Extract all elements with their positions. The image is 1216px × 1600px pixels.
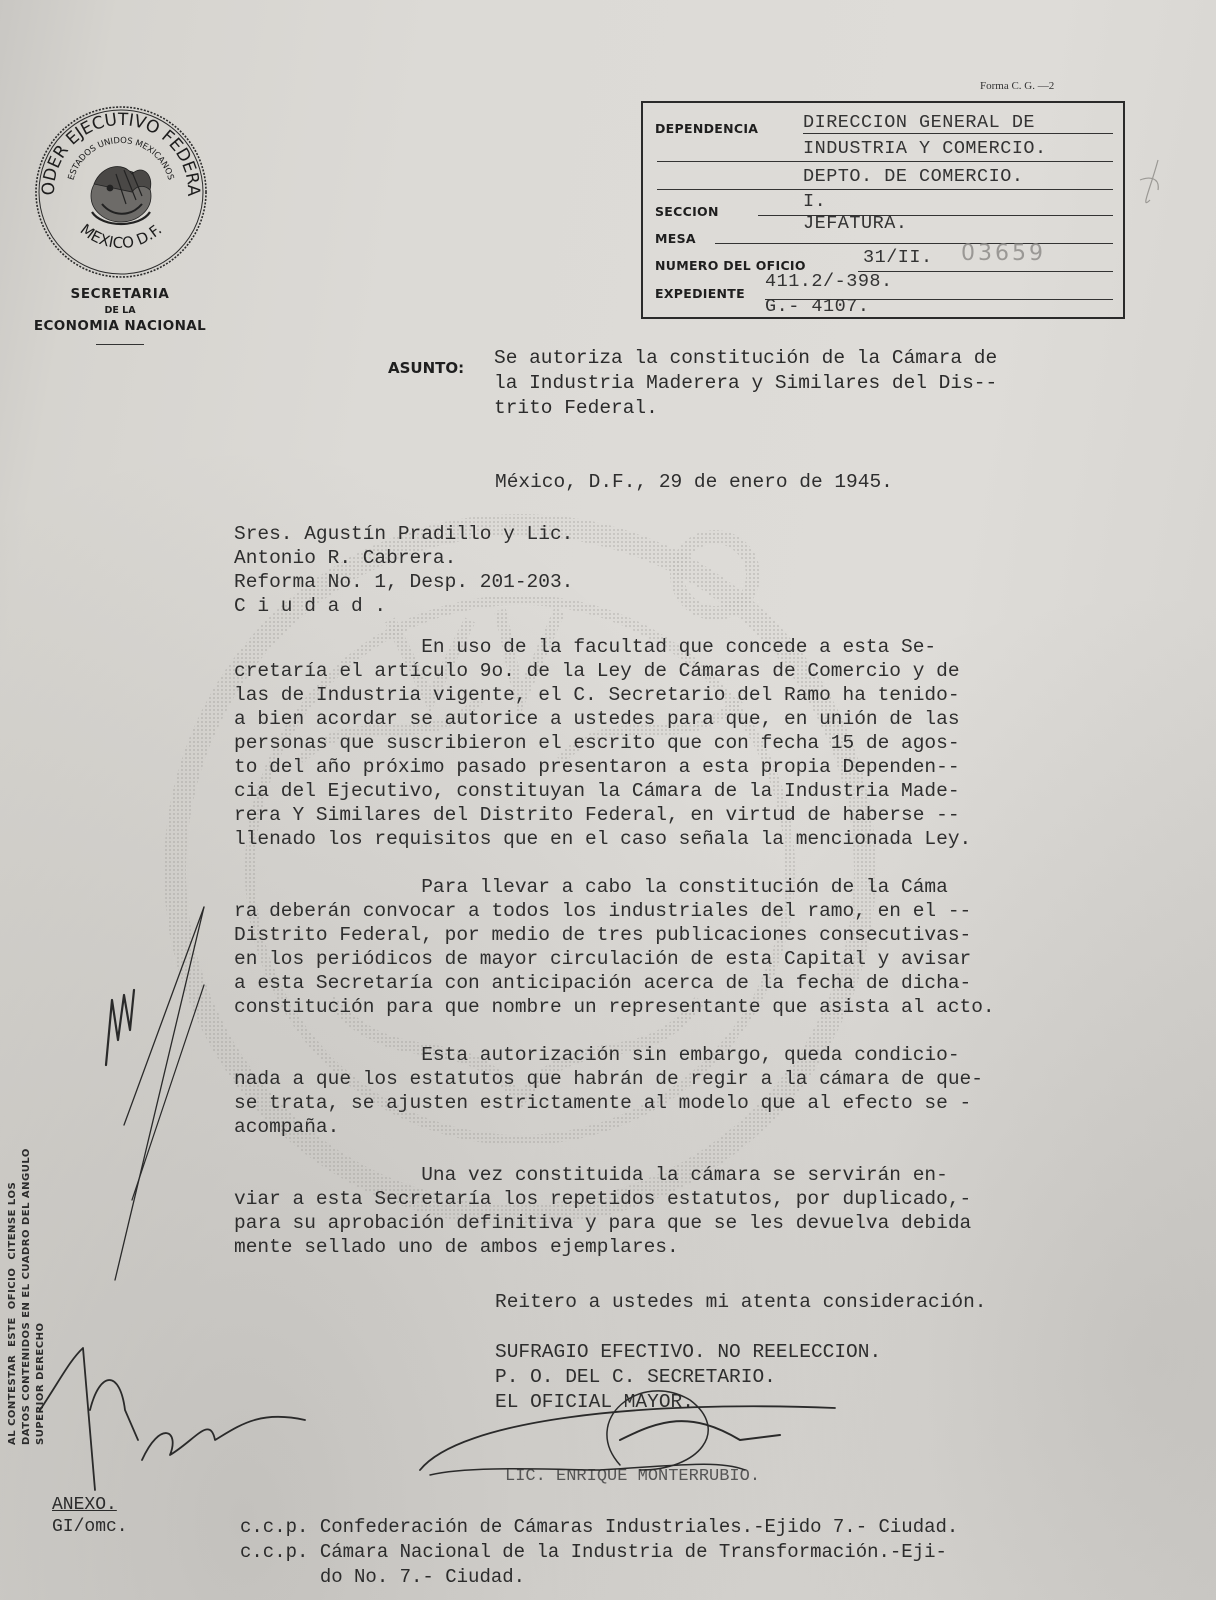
numero-oficio-value: 31/II. [863,247,933,268]
address-line: Sres. Agustín Pradillo y Lic. [234,522,573,546]
signature-block: SUFRAGIO EFECTIVO. NO REELECCION.P. O. D… [495,1340,881,1415]
annex-block: ANEXO.GI/omc. [52,1494,128,1538]
body-line: constitución para que nombre un represen… [234,995,995,1019]
dependencia-line-3: DEPTO. DE COMERCIO. [803,166,1023,187]
expediente-line-1: 411.2/-398. [765,271,893,292]
expediente-line-2: G.- 4107. [765,296,869,317]
asunto-text: Se autoriza la constitución de la Cámara… [494,346,997,421]
ccp-line: c.c.p. Cámara Nacional de la Industria d… [240,1540,958,1565]
address-line: C i u d a d . [234,594,573,618]
body-line: Esta autorización sin embargo, queda con… [234,1043,995,1067]
body-line: Distrito Federal, por medio de tres publ… [234,923,995,947]
annex-label: ANEXO. [52,1494,128,1516]
typist-initials: GI/omc. [52,1516,128,1538]
seccion-label: SECCION [655,204,719,219]
form-rule [803,133,1113,134]
body-line: En uso de la facultad que concede a esta… [234,635,995,659]
asunto-label: ASUNTO: [388,359,464,377]
body-line: a esta Secretaría con anticipación acerc… [234,971,995,995]
numero-oficio-stamp: 03659 [961,241,1046,266]
reference-box: DEPENDENCIA DIRECCION GENERAL DE INDUSTR… [641,101,1125,319]
body-paragraph: Esta autorización sin embargo, queda con… [234,1043,995,1139]
form-rule [657,189,1113,190]
body-line: las de Industria vigente, el C. Secretar… [234,683,995,707]
body-line: rera Y Similares del Distrito Federal, e… [234,803,995,827]
body-line: Para llevar a cabo la constitución de la… [234,875,995,899]
signature-line: EL OFICIAL MAYOR. [495,1390,881,1415]
recipient-address: Sres. Agustín Pradillo y Lic.Antonio R. … [234,522,573,618]
signatory-name: LIC. ENRIQUE MONTERRUBIO. [505,1465,760,1489]
body-line: viar a esta Secretaría los repetidos est… [234,1187,995,1211]
body-line: cia del Ejecutivo, constituyan la Cámara… [234,779,995,803]
mesa-label: MESA [655,231,696,246]
mesa-value: JEFATURA. [803,213,907,234]
body-paragraph: Una vez constituida la cámara se servirá… [234,1163,995,1259]
letterhead-line-3: ECONOMIA NACIONAL [10,318,230,334]
ccp-line: do No. 7.- Ciudad. [240,1565,958,1590]
asunto-line: trito Federal. [494,396,997,421]
body-line: mente sellado uno de ambos ejemplares. [234,1235,995,1259]
body-line: to del año próximo pasado presentaron a … [234,755,995,779]
body-line: a bien acordar se autorice a ustedes par… [234,707,995,731]
body-line: cretaría el artículo 9o. de la Ley de Cá… [234,659,995,683]
body-paragraph: Para llevar a cabo la constitución de la… [234,875,995,1019]
asunto-line: Se autoriza la constitución de la Cámara… [494,346,997,371]
asunto-line: la Industria Maderera y Similares del Di… [494,371,997,396]
dependencia-label: DEPENDENCIA [655,121,758,136]
margin-initials [106,990,134,1065]
seccion-value: I. [803,191,826,212]
body-line: acompaña. [234,1115,995,1139]
address-line: Antonio R. Cabrera. [234,546,573,570]
signature-line: SUFRAGIO EFECTIVO. NO REELECCION. [495,1340,881,1365]
body-paragraph: En uso de la facultad que concede a esta… [234,635,995,851]
carbon-copies: c.c.p. Confederación de Cámaras Industri… [240,1515,958,1590]
expediente-label: EXPEDIENTE [655,286,745,301]
faint-pencil-mark [1140,160,1158,203]
body-line: Una vez constituida la cámara se servirá… [234,1163,995,1187]
letterhead: SECRETARIA DE LA ECONOMIA NACIONAL [10,286,230,345]
body-line: para su aprobación definitiva y para que… [234,1211,995,1235]
signature-line: P. O. DEL C. SECRETARIO. [495,1365,881,1390]
date-line: México, D.F., 29 de enero de 1945. [495,470,893,494]
form-rule [715,243,1113,244]
form-rule [657,161,1113,162]
dependencia-line-2: INDUSTRIA Y COMERCIO. [803,138,1047,159]
body-line: nada a que los estatutos que habrán de r… [234,1067,995,1091]
body-line: en los periódicos de mayor circulación d… [234,947,995,971]
margin-instruction: AL CONTESTAR ESTE OFICIO CITENSE LOSDATO… [6,1148,48,1445]
letterhead-line-2: DE LA [10,305,230,316]
form-code: Forma C. G. —2 [980,80,1054,92]
body-line: personas que suscribieron el escrito que… [234,731,995,755]
letterhead-line-1: SECRETARIA [10,286,230,302]
letter-body: En uso de la facultad que concede a esta… [234,635,995,1259]
closing-line: Reitero a ustedes mi atenta consideració… [495,1290,986,1314]
body-line: se trata, se ajusten estrictamente al mo… [234,1091,995,1115]
ccp-line: c.c.p. Confederación de Cámaras Industri… [240,1515,958,1540]
dependencia-line-1: DIRECCION GENERAL DE [803,112,1035,133]
government-seal-icon: PODER EJECUTIVO FEDERAL ESTADOS UNIDOS M… [32,104,210,280]
address-line: Reforma No. 1, Desp. 201-203. [234,570,573,594]
letterhead-rule [96,344,144,345]
form-rule [858,271,1113,272]
body-line: llenado los requisitos que en el caso se… [234,827,995,851]
body-line: ra deberán convocar a todos los industri… [234,899,995,923]
